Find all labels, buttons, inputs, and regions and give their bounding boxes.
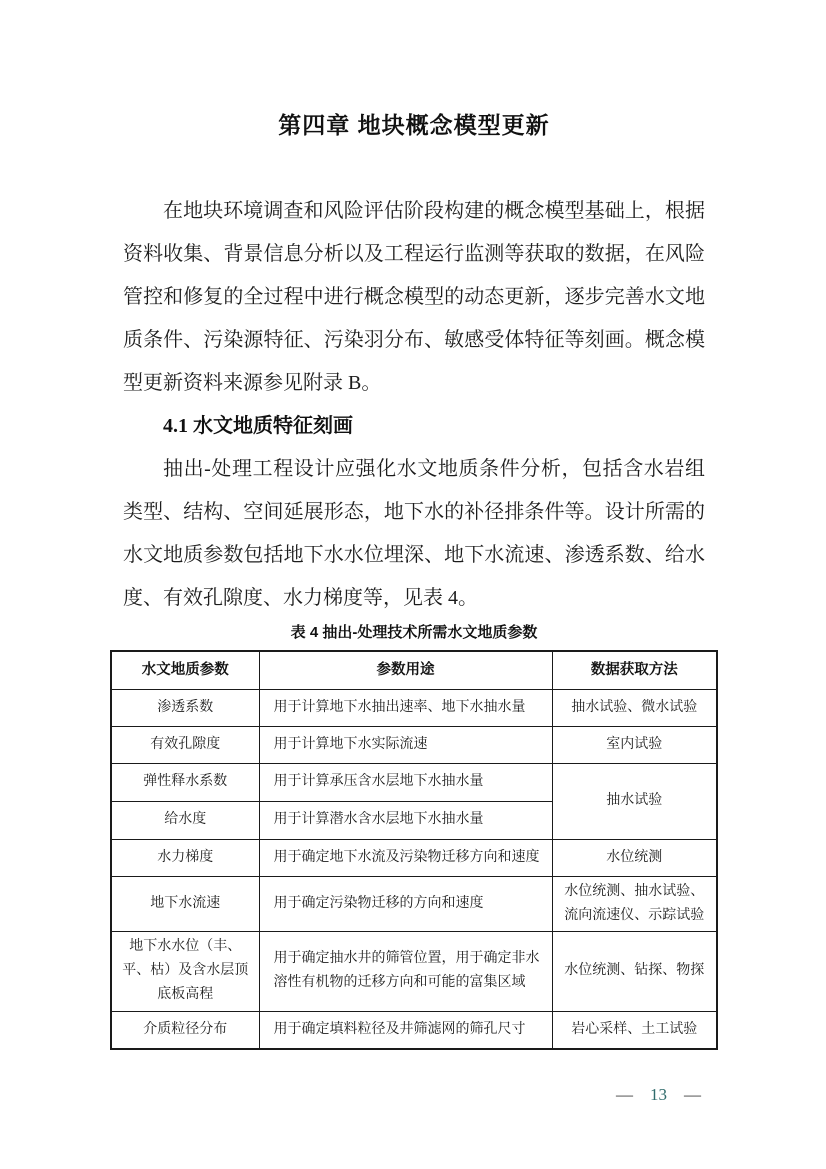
cell-parameter: 渗透系数 xyxy=(111,689,259,726)
footer-dash-left: — xyxy=(616,1084,633,1106)
section-heading-4-1: 4.1 水文地质特征刻画 xyxy=(123,405,705,448)
cell-parameter: 有效孔隙度 xyxy=(111,726,259,763)
cell-method: 室内试验 xyxy=(552,726,717,763)
chapter-title: 第四章 地块概念模型更新 xyxy=(123,110,705,140)
cell-parameter: 给水度 xyxy=(111,801,259,839)
table-caption: 表 4 抽出-处理技术所需水文地质参数 xyxy=(123,622,705,644)
table-row: 水力梯度 用于确定地下水流及污染物迁移方向和速度 水位统测 xyxy=(111,839,717,876)
paragraph-2: 抽出-处理工程设计应强化水文地质条件分析，包括含水岩组类型、结构、空间延展形态，… xyxy=(123,448,705,620)
cell-usage: 用于计算地下水实际流速 xyxy=(259,726,552,763)
cell-parameter: 水力梯度 xyxy=(111,839,259,876)
table-row: 地下水流速 用于确定污染物迁移的方向和速度 水位统测、抽水试验、流向流速仪、示踪… xyxy=(111,876,717,931)
table-row: 渗透系数 用于计算地下水抽出速率、地下水抽水量 抽水试验、微水试验 xyxy=(111,689,717,726)
cell-usage: 用于确定地下水流及污染物迁移方向和速度 xyxy=(259,839,552,876)
cell-usage: 用于计算潜水含水层地下水抽水量 xyxy=(259,801,552,839)
cell-usage: 用于确定污染物迁移的方向和速度 xyxy=(259,876,552,931)
document-page: 第四章 地块概念模型更新 在地块环境调查和风险评估阶段构建的概念模型基础上，根据… xyxy=(0,0,826,1169)
cell-parameter: 地下水水位（丰、平、枯）及含水层顶底板高程 xyxy=(111,931,259,1011)
page-content: 第四章 地块概念模型更新 在地块环境调查和风险评估阶段构建的概念模型基础上，根据… xyxy=(123,0,705,1050)
paragraph-1: 在地块环境调查和风险评估阶段构建的概念模型基础上，根据资料收集、背景信息分析以及… xyxy=(123,190,705,405)
page-footer: — 13 — xyxy=(616,1084,701,1106)
table-row: 介质粒径分布 用于确定填料粒径及井筛滤网的筛孔尺寸 岩心采样、土工试验 xyxy=(111,1011,717,1049)
table-row: 弹性释水系数 用于计算承压含水层地下水抽水量 抽水试验 xyxy=(111,763,717,801)
cell-method-merged: 抽水试验 xyxy=(552,763,717,839)
cell-method: 抽水试验、微水试验 xyxy=(552,689,717,726)
table-header-method: 数据获取方法 xyxy=(552,651,717,689)
cell-usage: 用于确定抽水井的筛管位置，用于确定非水溶性有机物的迁移方向和可能的富集区域 xyxy=(259,931,552,1011)
cell-usage: 用于计算承压含水层地下水抽水量 xyxy=(259,763,552,801)
table-header-row: 水文地质参数 参数用途 数据获取方法 xyxy=(111,651,717,689)
cell-usage: 用于确定填料粒径及井筛滤网的筛孔尺寸 xyxy=(259,1011,552,1049)
footer-dash-right: — xyxy=(684,1084,701,1106)
table-header-usage: 参数用途 xyxy=(259,651,552,689)
cell-parameter: 弹性释水系数 xyxy=(111,763,259,801)
cell-usage: 用于计算地下水抽出速率、地下水抽水量 xyxy=(259,689,552,726)
cell-method: 水位统测 xyxy=(552,839,717,876)
cell-method: 水位统测、钻探、物探 xyxy=(552,931,717,1011)
cell-method: 岩心采样、土工试验 xyxy=(552,1011,717,1049)
hydrogeology-parameters-table: 水文地质参数 参数用途 数据获取方法 渗透系数 用于计算地下水抽出速率、地下水抽… xyxy=(110,650,718,1050)
table-row: 地下水水位（丰、平、枯）及含水层顶底板高程 用于确定抽水井的筛管位置，用于确定非… xyxy=(111,931,717,1011)
cell-parameter: 介质粒径分布 xyxy=(111,1011,259,1049)
table-header-parameter: 水文地质参数 xyxy=(111,651,259,689)
table-row: 有效孔隙度 用于计算地下水实际流速 室内试验 xyxy=(111,726,717,763)
page-number: 13 xyxy=(650,1084,667,1106)
cell-parameter: 地下水流速 xyxy=(111,876,259,931)
cell-method: 水位统测、抽水试验、流向流速仪、示踪试验 xyxy=(552,876,717,931)
